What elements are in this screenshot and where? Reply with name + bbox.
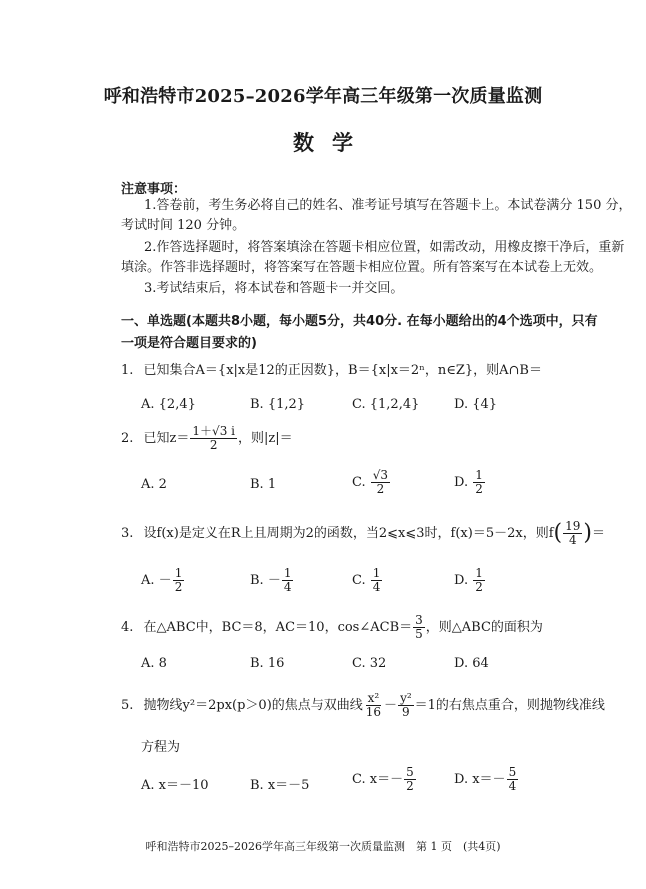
fraction-numerator: 1 — [282, 567, 294, 581]
q3-option-d: D. 12 — [454, 567, 486, 594]
question-number: 3. — [121, 526, 133, 541]
q5-option-a: A. x＝－10 — [141, 774, 209, 793]
question-stem-suffix: ＝ — [592, 526, 605, 541]
option-label: C. — [352, 475, 366, 490]
q1-option-d: D. {4} — [454, 397, 497, 412]
fraction-denominator: 2 — [208, 439, 220, 452]
q4-option-d: D. 64 — [454, 656, 489, 671]
minus-sign: － — [268, 573, 281, 588]
q4-option-b: B. 16 — [250, 656, 284, 671]
fraction-numerator: 1 — [473, 469, 485, 483]
question-number: 4. — [121, 620, 133, 635]
fraction-denominator: 2 — [404, 780, 416, 793]
fraction: 12 — [473, 567, 485, 594]
q1-option-b: B. {1,2} — [250, 397, 305, 412]
notice-item-2-line1: 2.作答选择题时，将答案填涂在答题卡相应位置，如需改动，用橡皮擦干净后，重新 — [144, 238, 624, 258]
fraction-denominator: 16 — [364, 706, 383, 719]
option-label: D. x＝－ — [454, 772, 506, 787]
fraction-denominator: 2 — [473, 581, 485, 594]
question-number: 2. — [121, 431, 133, 446]
q4-option-a: A. 8 — [141, 656, 167, 671]
question-4: 4. 在△ABC中，BC＝8，AC＝10，cos∠ACB＝35，则△ABC的面积… — [121, 614, 543, 641]
q5-option-b: B. x＝－5 — [250, 774, 309, 793]
option-label: C. — [352, 573, 366, 588]
fraction: 14 — [371, 567, 383, 594]
option-label: A. — [141, 573, 155, 588]
question-2: 2. 已知z＝1＋√3 i2，则|z|＝ — [121, 425, 293, 452]
option-label: D. — [454, 475, 468, 490]
fraction-denominator: 5 — [413, 628, 425, 641]
question-stem-suffix: ，则|z|＝ — [238, 431, 293, 446]
fraction: 12 — [473, 469, 485, 496]
fraction-denominator: 4 — [507, 780, 519, 793]
question-1: 1. 已知集合A＝{x|x是12的正因数}，B＝{x|x＝2ⁿ，n∈Z}，则A∩… — [121, 361, 542, 381]
q5-option-c: C. x＝－52 — [352, 766, 417, 793]
fraction-denominator: 2 — [173, 581, 185, 594]
fraction-numerator: 3 — [413, 614, 425, 628]
fraction-denominator: 9 — [400, 706, 412, 719]
page-footer: 呼和浩特市2025–2026学年高三年级第一次质量监测 第 1 页 (共4页) — [0, 838, 646, 854]
q1-option-c: C. {1,2,4} — [352, 397, 419, 412]
question-5-line2: 方程为 — [141, 738, 180, 758]
question-stem-prefix: 设f(x)是定义在R上且周期为2的函数，当2⩽x⩽3时，f(x)＝5－2x，则f — [144, 526, 554, 541]
question-number: 1. — [121, 363, 133, 378]
fraction-numerator: 5 — [507, 766, 519, 780]
fraction-numerator: y² — [398, 692, 414, 706]
fraction-denominator: 2 — [473, 483, 485, 496]
question-stem-prefix: 在△ABC中，BC＝8，AC＝10，cos∠ACB＝ — [144, 620, 413, 635]
fraction: x²16 — [364, 692, 383, 719]
question-stem-prefix: 抛物线y²＝2px(p＞0)的焦点与双曲线 — [144, 698, 363, 713]
option-label: D. — [454, 573, 468, 588]
q2-option-c: C. √32 — [352, 469, 391, 496]
fraction-denominator: 4 — [567, 534, 579, 547]
q5-option-d: D. x＝－54 — [454, 766, 519, 793]
minus-sign: － — [159, 573, 172, 588]
fraction: 52 — [404, 766, 416, 793]
fraction-numerator: 5 — [404, 766, 416, 780]
q4-option-c: C. 32 — [352, 656, 386, 671]
fraction-numerator: √3 — [371, 469, 390, 483]
exam-title: 呼和浩特市2025–2026学年高三年级第一次质量监测 — [0, 82, 646, 108]
question-3: 3. 设f(x)是定义在R上且周期为2的函数，当2⩽x⩽3时，f(x)＝5－2x… — [121, 520, 605, 547]
notice-item-1-line1: 1.答卷前，考生务必将自己的姓名、准考证号填写在答题卡上。本试卷满分 150 分… — [144, 196, 631, 216]
fraction-numerator: 1＋√3 i — [190, 425, 237, 439]
question-stem: 已知集合A＝{x|x是12的正因数}，B＝{x|x＝2ⁿ，n∈Z}，则A∩B＝ — [144, 363, 542, 378]
q3-option-b: B. －14 — [250, 567, 294, 594]
fraction-denominator: 4 — [282, 581, 294, 594]
question-number: 5. — [121, 698, 133, 713]
fraction-denominator: 4 — [371, 581, 383, 594]
notice-item-1-line2: 考试时间 120 分钟。 — [121, 216, 245, 236]
notice-heading: 注意事项： — [121, 178, 186, 197]
option-label: C. x＝－ — [352, 772, 403, 787]
fraction-numerator: 19 — [563, 520, 582, 534]
minus-sign: － — [384, 698, 397, 713]
section-heading-line1: 一、单选题(本题共8小题，每小题5分，共40分. 在每小题给出的4个选项中，只有 — [121, 311, 598, 332]
q1-option-a: A. {2,4} — [141, 397, 196, 412]
fraction: 54 — [507, 766, 519, 793]
section-heading-line2: 一项是符合题目要求的) — [121, 333, 257, 354]
notice-item-2-line2: 填涂。作答非选择题时，将答案写在答题卡相应位置。所有答案写在本试卷上无效。 — [121, 258, 602, 278]
q2-option-a: A. 2 — [141, 477, 167, 492]
fraction: 35 — [413, 614, 425, 641]
subject-title: 数学 — [0, 127, 646, 157]
question-5: 5. 抛物线y²＝2px(p＞0)的焦点与双曲线x²16－y²9＝1的右焦点重合… — [121, 692, 605, 719]
q3-option-a: A. －12 — [141, 567, 185, 594]
option-label: B. — [250, 573, 264, 588]
fraction: y²9 — [398, 692, 414, 719]
fraction: 194 — [563, 520, 582, 547]
q3-option-c: C. 14 — [352, 567, 383, 594]
q2-option-d: D. 12 — [454, 469, 486, 496]
fraction: 1＋√3 i2 — [190, 425, 237, 452]
fraction-numerator: 1 — [173, 567, 185, 581]
fraction: 12 — [173, 567, 185, 594]
question-stem-suffix: ＝1的右焦点重合，则抛物线准线 — [415, 698, 605, 713]
q2-option-b: B. 1 — [250, 477, 276, 492]
question-stem-suffix: ，则△ABC的面积为 — [426, 620, 543, 635]
question-stem-prefix: 已知z＝ — [144, 431, 190, 446]
fraction-numerator: x² — [366, 692, 382, 706]
notice-item-3: 3.考试结束后，将本试卷和答题卡一并交回。 — [144, 279, 403, 299]
fraction-numerator: 1 — [371, 567, 383, 581]
fraction: √32 — [371, 469, 390, 496]
fraction-denominator: 2 — [375, 483, 387, 496]
fraction: 14 — [282, 567, 294, 594]
fraction-numerator: 1 — [473, 567, 485, 581]
